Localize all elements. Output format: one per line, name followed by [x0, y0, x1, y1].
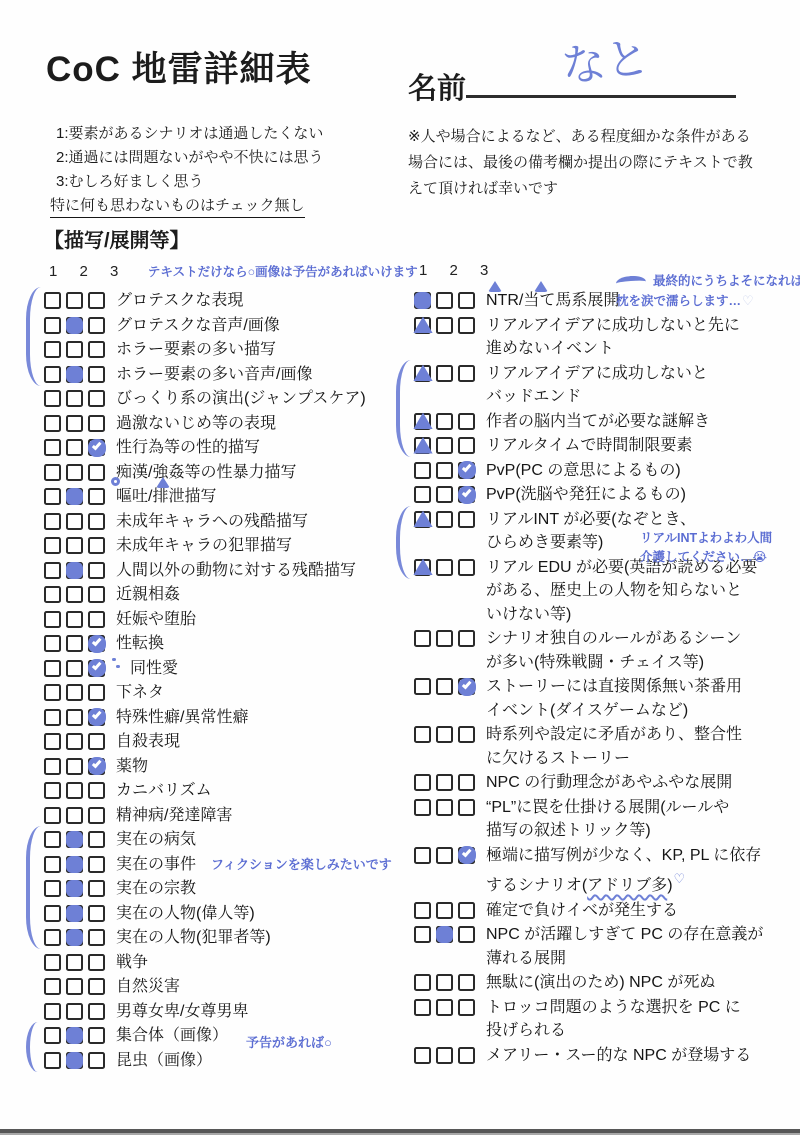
checkbox-3[interactable]: [88, 415, 105, 432]
checkbox-1[interactable]: [44, 1027, 61, 1044]
checkbox-2[interactable]: [436, 902, 453, 919]
rating-boxes: [44, 978, 105, 995]
checkbox-2[interactable]: [66, 684, 83, 701]
rating-boxes: [44, 635, 105, 652]
item-label: 実在の人物(偉人等): [116, 902, 255, 926]
rating-boxes: [414, 726, 475, 743]
checkbox-3[interactable]: [458, 511, 475, 528]
checkbox-2[interactable]: [436, 317, 453, 334]
triangle-mark: [413, 364, 433, 382]
check-mark: [458, 461, 476, 479]
checkbox-2[interactable]: [66, 611, 83, 628]
checkbox-2[interactable]: [66, 317, 83, 334]
checkbox-1[interactable]: [44, 537, 61, 554]
checkbox-2[interactable]: [66, 464, 83, 481]
checkbox-3[interactable]: [88, 464, 105, 481]
checklist-row: 妊娠や堕胎: [44, 608, 410, 632]
usage-note: ※人や場合によるなど、ある程度細かな条件がある 場合には、最後の備考欄か提出の際…: [408, 124, 753, 202]
checkbox-1[interactable]: [44, 905, 61, 922]
checkbox-2[interactable]: [66, 831, 83, 848]
triangle-mark: [413, 436, 433, 454]
checklist-row: グロテスクな音声/画像: [44, 314, 410, 338]
checklist-row: メアリー・スー的な NPC が登場する: [414, 1044, 800, 1068]
hand-drawn-paren: [26, 1022, 41, 1072]
checkbox-2[interactable]: [66, 905, 83, 922]
checkbox-1[interactable]: [44, 513, 61, 530]
checkbox-3[interactable]: [458, 317, 475, 334]
rating-boxes: [44, 733, 105, 750]
rating-boxes: [414, 1047, 475, 1064]
checkbox-2[interactable]: [66, 1027, 83, 1044]
checkbox-1[interactable]: [414, 413, 431, 430]
checkbox-3[interactable]: [88, 954, 105, 971]
name-label: 名前: [408, 73, 466, 105]
checkbox-1[interactable]: [44, 562, 61, 579]
checkbox-3[interactable]: [88, 439, 105, 456]
rating-boxes: [44, 488, 105, 505]
checkbox-3[interactable]: [458, 365, 475, 382]
handwritten-annotation: 最終的にうちよそになれば○枕を涙で濡らします…♡: [616, 272, 800, 311]
checkbox-2[interactable]: [436, 292, 453, 309]
checkbox-1[interactable]: [44, 782, 61, 799]
checkbox-2[interactable]: [436, 511, 453, 528]
checkbox-3[interactable]: [88, 684, 105, 701]
checkbox-2[interactable]: [66, 758, 83, 775]
hand-drawn-paren: [26, 826, 41, 949]
rating-boxes: [414, 999, 475, 1016]
checkbox-3[interactable]: [88, 635, 105, 652]
checklist-row: 男尊女卑/女尊男卑: [44, 1000, 410, 1024]
checkbox-1[interactable]: [44, 709, 61, 726]
checklist-row: グロテスクな表現: [44, 289, 410, 313]
checklist-row: 人間以外の動物に対する残酷描写: [44, 559, 410, 583]
rating-boxes: [44, 782, 105, 799]
photo-bottom-edge: [0, 1128, 800, 1135]
rating-boxes: [44, 758, 105, 775]
checkbox-2[interactable]: [66, 439, 83, 456]
item-label: 実在の人物(犯罪者等): [116, 926, 271, 950]
rating-boxes: [44, 880, 105, 897]
checkbox-2[interactable]: [436, 559, 453, 576]
item-label: 戦争: [116, 951, 148, 975]
checklist-row: リアルアイデアに成功しないと先に進めないイベント: [414, 314, 800, 361]
heart-icon: ♡: [742, 293, 754, 308]
checkbox-2[interactable]: [436, 1047, 453, 1064]
usage-note-line-1: ※人や場合によるなど、ある程度細かな条件がある: [408, 124, 753, 150]
checkbox-1[interactable]: [414, 678, 431, 695]
checkbox-3[interactable]: [88, 880, 105, 897]
handwritten-column-note: テキストだけなら○画像は予告があればいけます: [148, 265, 418, 279]
checkbox-3[interactable]: [458, 799, 475, 816]
item-label: ホラー要素の多い音声/画像: [116, 363, 312, 387]
checkbox-3[interactable]: [458, 678, 475, 695]
rating-boxes: [414, 974, 475, 991]
rating-boxes: [44, 929, 105, 946]
checkbox-3[interactable]: [88, 390, 105, 407]
section-title: 【描写/展開等】: [44, 224, 190, 253]
checkbox-3[interactable]: [458, 774, 475, 791]
checklist-row: 過激ないじめ等の表現: [44, 412, 410, 436]
checkbox-3[interactable]: [88, 929, 105, 946]
rating-boxes: [414, 292, 475, 309]
checkbox-2[interactable]: [66, 807, 83, 824]
checkbox-3[interactable]: [88, 1027, 105, 1044]
legend-line-1: 1:要素があるシナリオは通過したくない: [56, 122, 324, 146]
checklist-row: カニバリズム: [44, 779, 410, 803]
rating-boxes: [44, 513, 105, 530]
checklist-row: ホラー要素の多い描写: [44, 338, 410, 362]
checkbox-1[interactable]: [44, 390, 61, 407]
checkbox-1[interactable]: [44, 880, 61, 897]
checkbox-1[interactable]: [44, 464, 61, 481]
triangle-mark: [413, 510, 433, 528]
checkbox-3[interactable]: [88, 660, 105, 677]
checklist-row: リアルINT が必要(なぞとき、ひらめき要素等)リアルINTよわよわ人間介護して…: [414, 508, 800, 555]
checklist-row: 嘔吐/排泄描写: [44, 485, 410, 509]
checkbox-1[interactable]: [414, 437, 431, 454]
checkbox-2[interactable]: [436, 926, 453, 943]
checkbox-1[interactable]: [414, 630, 431, 647]
legend-line-3: 3:むしろ好ましく思う: [56, 170, 324, 194]
item-label: リアルアイデアに成功しないと先に進めないイベント: [486, 314, 740, 361]
rating-boxes: [414, 902, 475, 919]
checkbox-3[interactable]: [88, 709, 105, 726]
checklist-row: 実在の宗教: [44, 877, 410, 901]
item-label: メアリー・スー的な NPC が登場する: [486, 1044, 751, 1068]
check-mark: [88, 659, 106, 677]
item-label: シナリオ独自のルールがあるシーンが多い(特殊戦闘・チェイス等): [486, 627, 741, 674]
checkbox-3[interactable]: [458, 462, 475, 479]
checkbox-3[interactable]: [458, 437, 475, 454]
checkbox-2[interactable]: [436, 678, 453, 695]
check-mark: [458, 486, 476, 504]
checkbox-2[interactable]: [66, 856, 83, 873]
checkbox-2[interactable]: [66, 635, 83, 652]
checkbox-2[interactable]: [66, 537, 83, 554]
checkbox-1[interactable]: [44, 660, 61, 677]
item-label: 実在の事件フィクションを楽しみたいです: [116, 853, 392, 877]
check-mark: [88, 439, 106, 457]
checkbox-3[interactable]: [458, 974, 475, 991]
checkbox-3[interactable]: [458, 902, 475, 919]
checklist-row: リアルタイムで時間制限要素: [414, 434, 800, 458]
checkbox-3[interactable]: [88, 807, 105, 824]
rating-boxes: [44, 390, 105, 407]
rating-boxes: [414, 774, 475, 791]
item-label: ホラー要素の多い描写: [116, 338, 276, 362]
rating-boxes: [44, 611, 105, 628]
checkbox-3[interactable]: [88, 782, 105, 799]
checkbox-2[interactable]: [66, 660, 83, 677]
checkbox-2[interactable]: [66, 782, 83, 799]
item-label: 未成年キャラへの残酷描写: [116, 510, 308, 534]
rating-boxes: [44, 709, 105, 726]
checkbox-3[interactable]: [88, 733, 105, 750]
checklist-row: 実在の人物(偉人等): [44, 902, 410, 926]
checkbox-1[interactable]: [44, 807, 61, 824]
checkbox-3[interactable]: [458, 926, 475, 943]
checklist-row: 近親相姦: [44, 583, 410, 607]
checkbox-2[interactable]: [66, 978, 83, 995]
checkbox-2[interactable]: [436, 726, 453, 743]
checkbox-3[interactable]: [458, 486, 475, 503]
checkbox-1[interactable]: [44, 586, 61, 603]
rating-boxes: [44, 317, 105, 334]
checkbox-2[interactable]: [436, 486, 453, 503]
checkbox-1[interactable]: [44, 978, 61, 995]
item-label: 薬物: [116, 755, 148, 779]
usage-note-line-2: 場合には、最後の備考欄か提出の際にテキストで教: [408, 150, 753, 176]
checkbox-1[interactable]: [44, 292, 61, 309]
checkbox-2[interactable]: [66, 586, 83, 603]
checkbox-1[interactable]: [44, 758, 61, 775]
item-label: NPC が活躍しすぎて PC の存在意義が薄れる展開: [486, 923, 763, 970]
rating-boxes: [44, 1052, 105, 1069]
rating-boxes: [44, 684, 105, 701]
fill-mark: [66, 488, 83, 505]
fill-mark: [66, 905, 83, 922]
checkbox-3[interactable]: [88, 758, 105, 775]
checkbox-1[interactable]: [44, 635, 61, 652]
fill-mark: [436, 926, 453, 943]
fill-mark: [66, 1052, 83, 1069]
fill-mark: [66, 856, 83, 873]
checkbox-3[interactable]: [88, 341, 105, 358]
legend-note: 特に何も思わないものはチェック無し: [50, 194, 305, 218]
check-mark: [458, 678, 476, 696]
item-label: 自然災害: [116, 975, 180, 999]
checklist-row: 薬物: [44, 755, 410, 779]
item-label: 精神病/発達障害: [116, 804, 232, 828]
rating-boxes: [44, 831, 105, 848]
fill-mark: [66, 880, 83, 897]
checklist-row: 未成年キャラへの残酷描写: [44, 510, 410, 534]
checkbox-1[interactable]: [44, 366, 61, 383]
checkbox-1[interactable]: [44, 317, 61, 334]
item-label: 昆虫（画像）: [116, 1049, 212, 1073]
checkbox-3[interactable]: [458, 1047, 475, 1064]
item-label: 無駄に(演出のため) NPC が死ぬ: [486, 971, 715, 995]
checkbox-2[interactable]: [66, 513, 83, 530]
checkbox-2[interactable]: [66, 488, 83, 505]
checklist-row: 集合体（画像）予告があれば○: [44, 1024, 410, 1048]
checkbox-2[interactable]: [436, 413, 453, 430]
checkbox-3[interactable]: [88, 562, 105, 579]
checkbox-2[interactable]: [66, 292, 83, 309]
rating-boxes: [414, 511, 475, 528]
checklist-row: 極端に描写例が少なく、KP, PL に依存するシナリオ(アドリブ多)♡: [414, 844, 800, 898]
handwritten-note: フィクションを楽しみたいです: [211, 857, 392, 872]
checkbox-1[interactable]: [414, 774, 431, 791]
rating-boxes: [414, 365, 475, 382]
checkbox-2[interactable]: [436, 365, 453, 382]
hand-drawn-paren: [26, 287, 41, 386]
checkbox-1[interactable]: [414, 847, 431, 864]
checklist-row: トロッコ問題のような選択を PC に投げられる: [414, 996, 800, 1043]
name-handwritten-value: なと: [557, 21, 652, 95]
checkbox-1[interactable]: [44, 1003, 61, 1020]
item-label: PvP(PC の意思によるもの): [486, 459, 681, 483]
checkbox-3[interactable]: [88, 317, 105, 334]
checkbox-1[interactable]: [414, 511, 431, 528]
checkbox-1[interactable]: [414, 1047, 431, 1064]
checkbox-2[interactable]: [436, 999, 453, 1016]
checkbox-1[interactable]: [44, 1052, 61, 1069]
checkbox-2[interactable]: [66, 415, 83, 432]
rating-boxes: [44, 807, 105, 824]
item-label: 極端に描写例が少なく、KP, PL に依存するシナリオ(アドリブ多)♡: [486, 844, 761, 898]
checkbox-2[interactable]: [436, 799, 453, 816]
checkbox-2[interactable]: [436, 630, 453, 647]
checkbox-1[interactable]: [414, 462, 431, 479]
checklist-row: ストーリーには直接関係無い茶番用イベント(ダイスゲームなど): [414, 675, 800, 722]
item-label: 下ネタ: [116, 681, 164, 705]
checkbox-1[interactable]: [414, 292, 431, 309]
checkbox-3[interactable]: [88, 1052, 105, 1069]
checkbox-1[interactable]: [414, 926, 431, 943]
checkbox-2[interactable]: [66, 341, 83, 358]
item-label: 作者の脳内当てが必要な謎解き: [486, 410, 710, 434]
checkbox-3[interactable]: [458, 726, 475, 743]
checkbox-1[interactable]: [44, 488, 61, 505]
checklist-row: 無駄に(演出のため) NPC が死ぬ: [414, 971, 800, 995]
checkbox-3[interactable]: [88, 1003, 105, 1020]
item-label: 近親相姦: [116, 583, 180, 607]
checkbox-3[interactable]: [88, 978, 105, 995]
fill-mark: [414, 292, 431, 309]
rating-boxes: [414, 630, 475, 647]
hand-drawn-paren: [396, 360, 411, 457]
rating-boxes: [44, 341, 105, 358]
item-label: 実在の宗教: [116, 877, 196, 901]
name-underline[interactable]: なと: [466, 64, 736, 98]
checkbox-3[interactable]: [458, 292, 475, 309]
checkbox-3[interactable]: [458, 413, 475, 430]
checkbox-1[interactable]: [414, 486, 431, 503]
checkbox-2[interactable]: [436, 437, 453, 454]
checkbox-3[interactable]: [88, 292, 105, 309]
checkbox-1[interactable]: [44, 439, 61, 456]
checkbox-1[interactable]: [414, 902, 431, 919]
checkbox-1[interactable]: [414, 999, 431, 1016]
item-label: NTR/当て馬系展開: [486, 289, 619, 313]
checkbox-3[interactable]: [88, 831, 105, 848]
item-label: 性行為等の性的描写: [116, 436, 260, 460]
checkbox-1[interactable]: [44, 929, 61, 946]
checkbox-2[interactable]: [436, 462, 453, 479]
checkbox-2[interactable]: [66, 366, 83, 383]
item-label: グロテスクな音声/画像: [116, 314, 280, 338]
checkbox-3[interactable]: [88, 488, 105, 505]
rating-boxes: [44, 537, 105, 554]
checkbox-3[interactable]: [88, 586, 105, 603]
checkbox-2[interactable]: [66, 390, 83, 407]
checkbox-3[interactable]: [458, 999, 475, 1016]
checkbox-2[interactable]: [66, 880, 83, 897]
rating-boxes: [44, 586, 105, 603]
checkbox-3[interactable]: [88, 366, 105, 383]
rating-boxes: [44, 439, 105, 456]
checkbox-3[interactable]: [88, 905, 105, 922]
item-label: 嘔吐/排泄描写: [116, 485, 216, 509]
fill-mark: [66, 366, 83, 383]
checkbox-2[interactable]: [436, 974, 453, 991]
checkbox-3[interactable]: [88, 611, 105, 628]
checkbox-1[interactable]: [414, 799, 431, 816]
item-label: PvP(洗脳や発狂によるもの): [486, 483, 686, 507]
checkbox-3[interactable]: [458, 559, 475, 576]
checkbox-1[interactable]: [414, 365, 431, 382]
rating-boxes: [414, 437, 475, 454]
checkbox-2[interactable]: [66, 709, 83, 726]
checkbox-1[interactable]: [414, 726, 431, 743]
fill-mark: [66, 562, 83, 579]
checkbox-3[interactable]: [88, 856, 105, 873]
checkbox-2[interactable]: [436, 774, 453, 791]
checkbox-1[interactable]: [44, 733, 61, 750]
rating-boxes: [44, 856, 105, 873]
checkbox-1[interactable]: [414, 559, 431, 576]
checklist-row: 同性愛: [44, 657, 410, 681]
check-mark: [458, 846, 476, 864]
usage-note-line-3: えて頂ければ幸いです: [408, 176, 753, 202]
checklist-row: 戦争: [44, 951, 410, 975]
checkbox-2[interactable]: [66, 562, 83, 579]
checklist-row: びっくり系の演出(ジャンプスケア): [44, 387, 410, 411]
checkbox-1[interactable]: [44, 415, 61, 432]
rating-boxes: [414, 559, 475, 576]
column-header-left: 1 2 3 テキストだけなら○画像は予告があればいけます: [44, 262, 410, 284]
checkbox-1[interactable]: [44, 856, 61, 873]
rating-boxes: [44, 954, 105, 971]
item-label: 過激ないじめ等の表現: [116, 412, 276, 436]
checkbox-1[interactable]: [44, 831, 61, 848]
checklist-row: 自然災害: [44, 975, 410, 999]
checkbox-1[interactable]: [44, 611, 61, 628]
fill-mark: [66, 317, 83, 334]
fill-mark: [66, 1027, 83, 1044]
check-mark: [88, 708, 106, 726]
triangle-mark: [413, 558, 433, 576]
checkbox-3[interactable]: [88, 513, 105, 530]
checkbox-1[interactable]: [44, 684, 61, 701]
checklist-row: NPC が活躍しすぎて PC の存在意義が薄れる展開: [414, 923, 800, 970]
rating-boxes: [414, 486, 475, 503]
checkbox-3[interactable]: [458, 847, 475, 864]
checkbox-1[interactable]: [414, 317, 431, 334]
checkbox-1[interactable]: [414, 974, 431, 991]
checkbox-1[interactable]: [44, 954, 61, 971]
rating-boxes: [414, 926, 475, 943]
checkbox-2[interactable]: [66, 1052, 83, 1069]
checkbox-2[interactable]: [66, 929, 83, 946]
rating-boxes: [414, 462, 475, 479]
checkbox-2[interactable]: [66, 954, 83, 971]
item-label: 妊娠や堕胎: [116, 608, 196, 632]
scale-header: 1 2 3: [419, 262, 497, 279]
checkbox-1[interactable]: [44, 341, 61, 358]
checkbox-3[interactable]: [458, 630, 475, 647]
checkbox-2[interactable]: [66, 1003, 83, 1020]
checkbox-2[interactable]: [66, 733, 83, 750]
swash-stroke-icon: [616, 275, 647, 290]
checkbox-3[interactable]: [88, 537, 105, 554]
rating-boxes: [414, 317, 475, 334]
rating-boxes: [44, 292, 105, 309]
checkbox-2[interactable]: [436, 847, 453, 864]
checklist-row: 性行為等の性的描写: [44, 436, 410, 460]
check-mark: [88, 757, 106, 775]
